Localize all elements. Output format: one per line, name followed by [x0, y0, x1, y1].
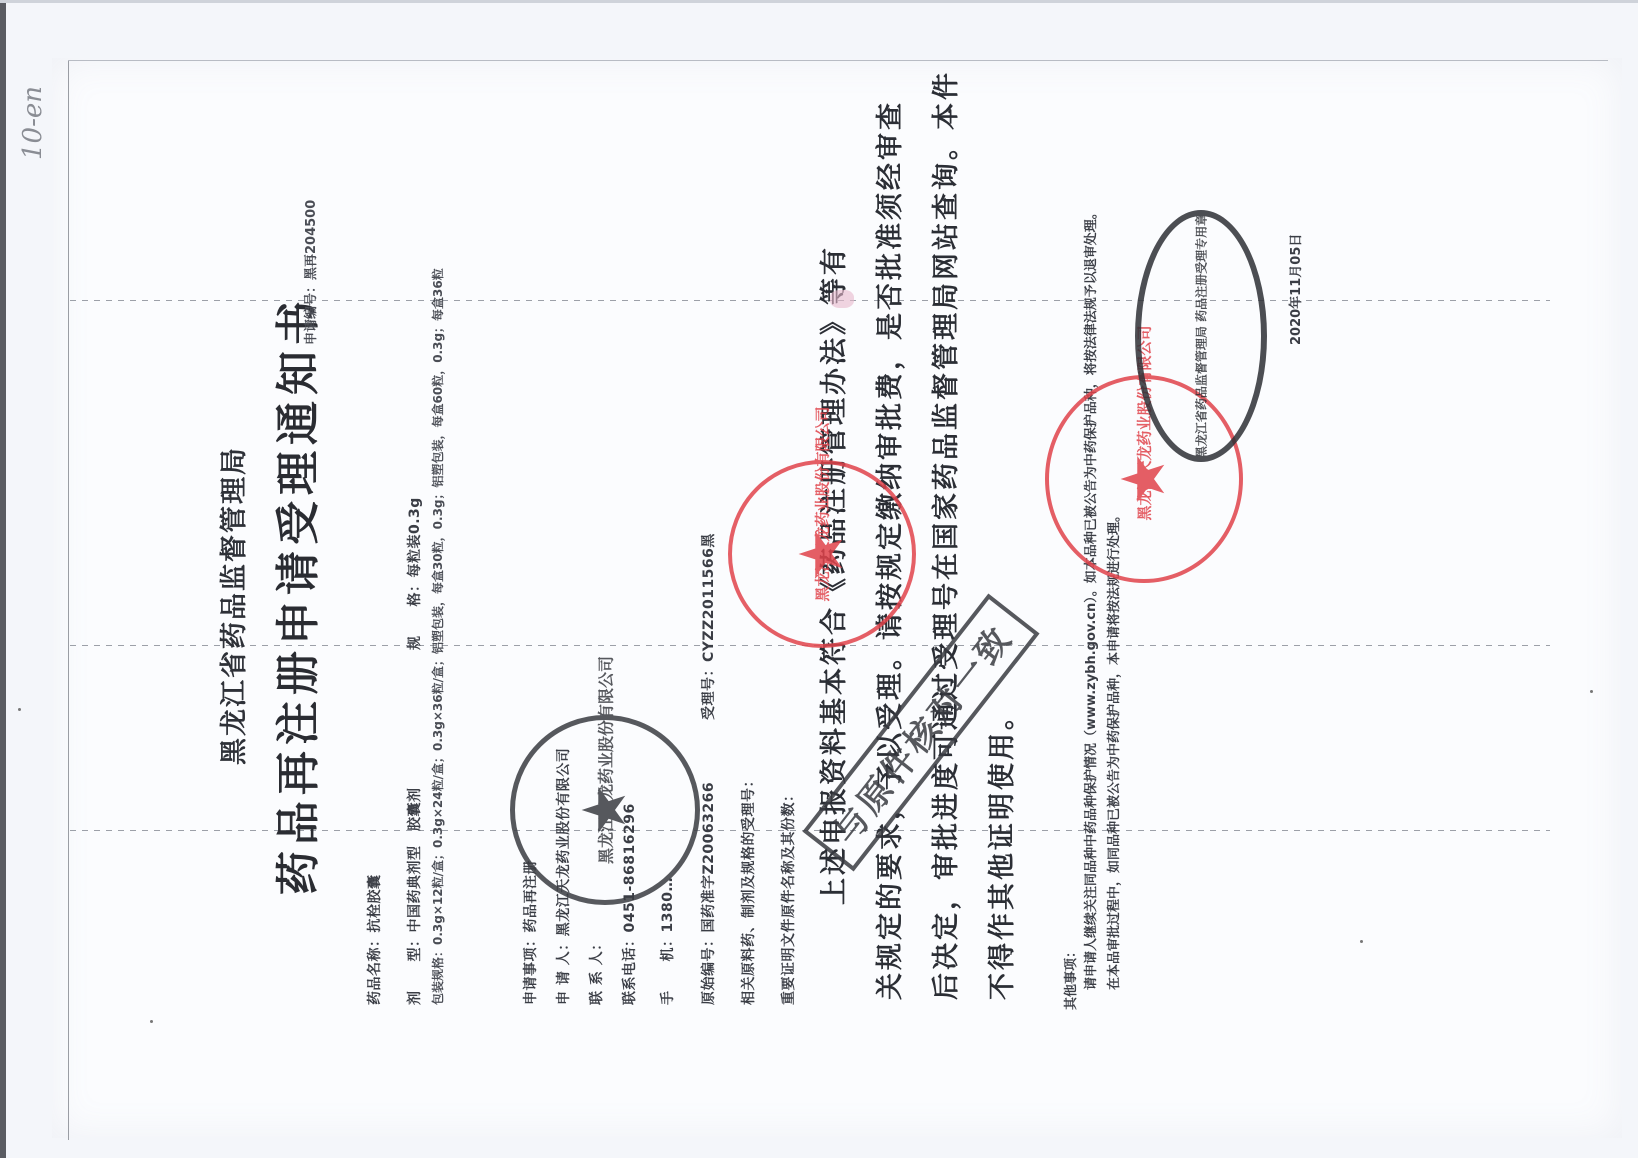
- field-mobile: 手 机：1380…: [657, 877, 677, 1005]
- scan-edge-top: [0, 0, 1638, 3]
- body-line-4: 不得作其他证明使用。: [980, 700, 1019, 1000]
- handwritten-note: 10-en: [18, 86, 48, 160]
- note-1: 请申请人继续关注同品种中药品种保护情况（www.zybh.gov.cn）。如本品…: [1080, 206, 1099, 990]
- speck: [18, 708, 21, 711]
- authority-seal: 黑龙江省药品监督管理局 药品注册受理专用章: [1135, 210, 1267, 462]
- document-title: 药品再注册申请受理通知书: [262, 295, 326, 895]
- field-specification: 规 格：每粒装0.3g: [404, 497, 424, 650]
- issue-date: 2020年11月05日: [1285, 234, 1304, 345]
- note-2: 在本品审批过程中，如同品种已被公告为中药保护品种，本申请将按法规进行处理。: [1103, 509, 1122, 990]
- notes-heading: 其他事项：: [1060, 945, 1079, 1010]
- field-application-item: 申请事项：药品再注册: [520, 860, 540, 1005]
- field-key-documents: 重要证明文件原件名称及其份数：: [778, 788, 798, 1006]
- frame-line: [68, 60, 69, 1140]
- field-drug-name: 药品名称：抗栓胶囊: [364, 875, 384, 1006]
- issuing-authority: 黑龙江省药品监督管理局: [212, 446, 251, 765]
- field-dosage-form: 剂 型：中国药典剂型 胶囊剂: [404, 788, 424, 1006]
- field-original-approval: 原始编号：国药准字Z20063266: [698, 782, 718, 1005]
- body-line-3: 后决定，审批进度可通过受理号在国家药品监督管理局网站查询。本件: [924, 70, 963, 1000]
- applicant-seal-red-1: ★ 黑龙江天龙药业股份有限公司: [728, 460, 916, 648]
- field-contact-person: 联 系 人：: [586, 936, 606, 1005]
- speck: [150, 1020, 153, 1023]
- application-number: 申请编号：黑再204500: [300, 200, 319, 345]
- applicant-seal-black: ★ 黑龙江天龙药业股份有限公司: [510, 715, 700, 905]
- scan-edge: [0, 0, 6, 1158]
- field-packaging: 包装规格：0.3g×12粒/盒；0.3g×24粒/盒；0.3g×36粒/盒；铝塑…: [432, 205, 445, 1005]
- speck: [1360, 940, 1363, 943]
- speck: [1590, 690, 1593, 693]
- field-acceptance-number: 受理号：CYZZ2011566黑: [698, 533, 718, 720]
- top-rule: [68, 60, 1608, 61]
- field-related-materials: 相关原料药、制剂及规格的受理号：: [738, 773, 758, 1005]
- ink-smudge: [830, 290, 854, 308]
